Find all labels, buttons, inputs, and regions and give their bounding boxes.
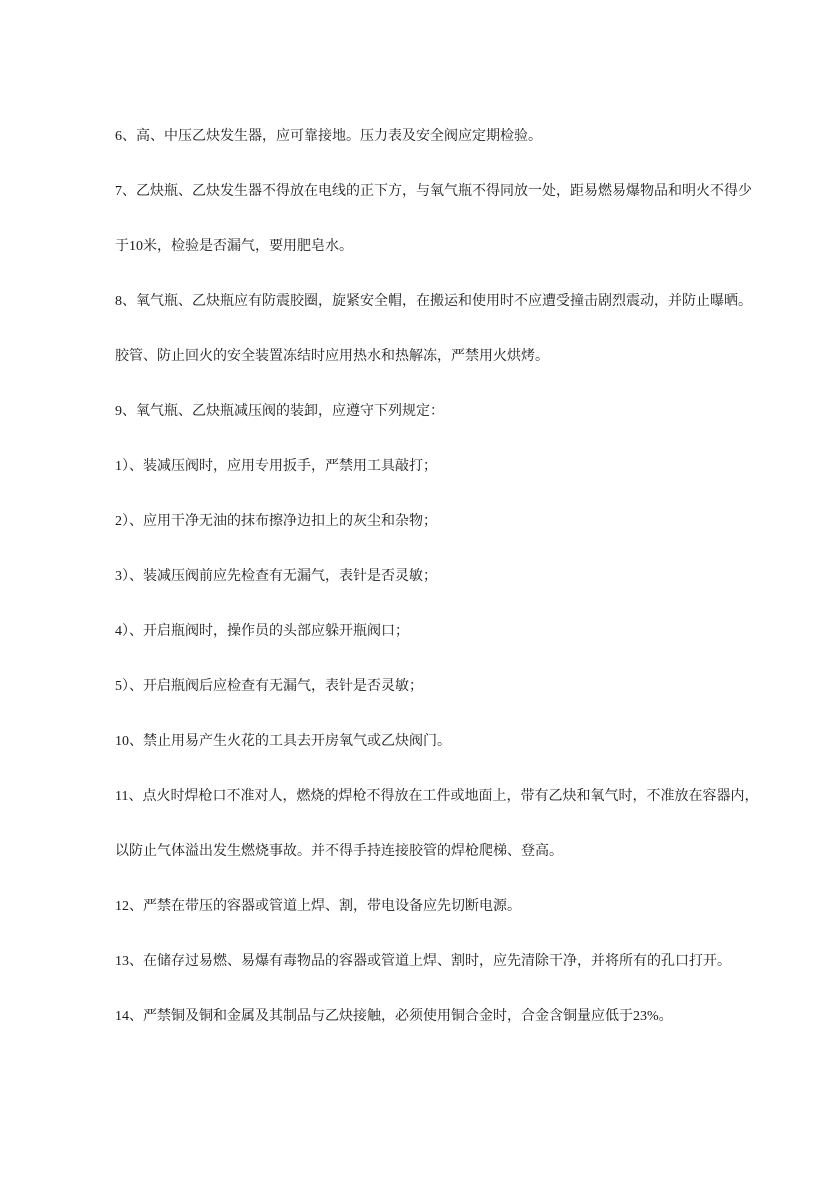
paragraph-line-6: 6、高、中压乙炔发生器，应可靠接地。压力表及安全阀应定期检验。 (115, 109, 748, 164)
paragraph-line-14: 14、严禁铜及铜和金属及其制品与乙炔接触，必须使用铜合金时，合金含铜量应低于23… (115, 989, 748, 1044)
document-text-body: 6、高、中压乙炔发生器，应可靠接地。压力表及安全阀应定期检验。 7、乙炔瓶、乙炔… (115, 109, 748, 1044)
paragraph-line-8-continuation: 胶管、防止回火的安全装置冻结时应用热水和热解冻，严禁用火烘烤。 (115, 329, 748, 384)
paragraph-line-7-continuation: 于10米，检验是否漏气，要用肥皂水。 (115, 219, 748, 274)
paragraph-line-7: 7、乙炔瓶、乙炔发生器不得放在电线的正下方，与氧气瓶不得同放一处，距易燃易爆物品… (115, 164, 748, 219)
document-page: 6、高、中压乙炔发生器，应可靠接地。压力表及安全阀应定期检验。 7、乙炔瓶、乙炔… (0, 0, 838, 1186)
paragraph-subitem-1: 1）、装减压阀时，应用专用扳手，严禁用工具敲打； (115, 439, 748, 494)
paragraph-subitem-3: 3）、装减压阀前应先检查有无漏气，表针是否灵敏； (115, 549, 748, 604)
paragraph-subitem-4: 4）、开启瓶阀时，操作员的头部应躲开瓶阀口； (115, 604, 748, 659)
paragraph-line-9: 9、氧气瓶、乙炔瓶减压阀的装卸，应遵守下列规定： (115, 384, 748, 439)
paragraph-line-11: 11、点火时焊枪口不准对人，燃烧的焊枪不得放在工件或地面上，带有乙炔和氧气时，不… (115, 769, 748, 824)
paragraph-subitem-2: 2）、应用干净无油的抹布擦净边扣上的灰尘和杂物； (115, 494, 748, 549)
paragraph-line-10: 10、禁止用易产生火花的工具去开房氧气或乙炔阀门。 (115, 714, 748, 769)
paragraph-line-8: 8、氧气瓶、乙炔瓶应有防震胶圈，旋紧安全帽，在搬运和使用时不应遭受撞击剧烈震动，… (115, 274, 748, 329)
paragraph-line-13: 13、在储存过易燃、易爆有毒物品的容器或管道上焊、割时，应先清除干净，并将所有的… (115, 934, 748, 989)
paragraph-line-11-continuation: 以防止气体溢出发生燃烧事故。并不得手持连接胶管的焊枪爬梯、登高。 (115, 824, 748, 879)
paragraph-line-12: 12、严禁在带压的容器或管道上焊、割，带电设备应先切断电源。 (115, 879, 748, 934)
paragraph-subitem-5: 5）、开启瓶阀后应检查有无漏气，表针是否灵敏； (115, 659, 748, 714)
